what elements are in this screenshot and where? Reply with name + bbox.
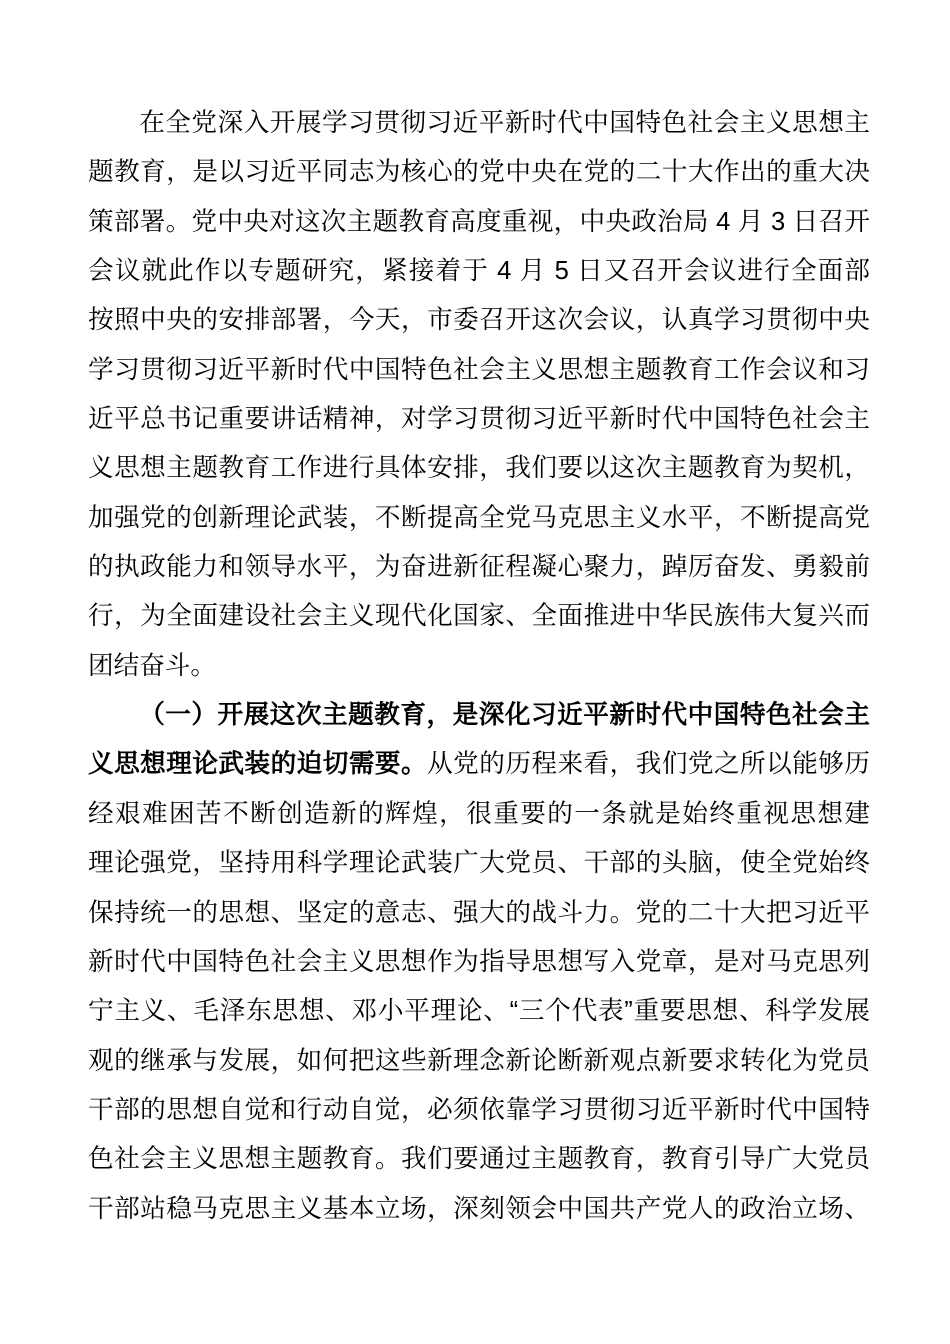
intro-paragraph: 在全党深入开展学习贯彻习近平新时代中国特色社会主义思想主题教育，是以习近平同志为… bbox=[88, 99, 870, 691]
text-line: 干部站稳马克思主义基本立场，深刻领会中国共产党人的政治立场、 bbox=[88, 1185, 870, 1234]
text-line: 学习贯彻习近平新时代中国特色社会主义思想主题教育工作会议和习 bbox=[88, 346, 870, 395]
text-line: 近平总书记重要讲话精神，对学习贯彻习近平新时代中国特色社会主 bbox=[88, 395, 870, 444]
text-segment: 保持统一的思想、坚定的意志、强大的战斗力。党的二十大把习近平 bbox=[88, 899, 870, 927]
text-line: 新时代中国特色社会主义思想作为指导思想写入党章，是对马克思列 bbox=[88, 938, 870, 987]
text-segment: 义思想主题教育工作进行具体安排，我们要以这次主题教育为契机， bbox=[88, 454, 870, 482]
text-segment: 按照中央的安排部署，今天，市委召开这次会议，认真学习贯彻中央 bbox=[88, 306, 870, 334]
text-segment: 宁主义、毛泽东思想、邓小平理论、“三个代表”重要思想、科学发展 bbox=[88, 997, 870, 1025]
text-segment: 题教育，是以习近平同志为核心的党中央在党的二十大作出的重大决 bbox=[88, 158, 870, 186]
text-line: 观的继承与发展，如何把这些新理念新论断新观点新要求转化为党员 bbox=[88, 1037, 870, 1086]
text-segment: 的执政能力和领导水平，为奋进新征程凝心聚力，踔厉奋发、勇毅前 bbox=[88, 553, 870, 581]
text-segment: 观的继承与发展，如何把这些新理念新论断新观点新要求转化为党员 bbox=[88, 1047, 870, 1075]
document-page: 在全党深入开展学习贯彻习近平新时代中国特色社会主义思想主题教育，是以习近平同志为… bbox=[0, 0, 950, 1344]
document-body: 在全党深入开展学习贯彻习近平新时代中国特色社会主义思想主题教育，是以习近平同志为… bbox=[88, 99, 870, 1234]
text-line: 义思想主题教育工作进行具体安排，我们要以这次主题教育为契机， bbox=[88, 444, 870, 493]
text-line: 宁主义、毛泽东思想、邓小平理论、“三个代表”重要思想、科学发展 bbox=[88, 987, 870, 1036]
text-segment: 团结奋斗。 bbox=[88, 652, 216, 680]
text-segment: 从党的历程来看，我们党之所以能够历 bbox=[427, 750, 870, 778]
text-line: 义思想理论武装的迫切需要。从党的历程来看，我们党之所以能够历 bbox=[88, 740, 870, 789]
text-segment: 行，为全面建设社会主义现代化国家、全面推进中华民族伟大复兴而 bbox=[88, 602, 870, 630]
text-segment: 策部署。党中央对这次主题教育高度重视，中央政治局 4 月 3 日召开 bbox=[88, 208, 870, 236]
text-line: 保持统一的思想、坚定的意志、强大的战斗力。党的二十大把习近平 bbox=[88, 889, 870, 938]
text-segment: 加强党的创新理论武装，不断提高全党马克思主义水平，不断提高党 bbox=[88, 504, 870, 532]
text-line: 加强党的创新理论武装，不断提高全党马克思主义水平，不断提高党 bbox=[88, 494, 870, 543]
text-segment: 理论强党，坚持用科学理论武装广大党员、干部的头脑，使全党始终 bbox=[88, 849, 870, 877]
text-segment: 学习贯彻习近平新时代中国特色社会主义思想主题教育工作会议和习 bbox=[88, 356, 870, 384]
text-line: 在全党深入开展学习贯彻习近平新时代中国特色社会主义思想主 bbox=[88, 99, 870, 148]
text-line: 策部署。党中央对这次主题教育高度重视，中央政治局 4 月 3 日召开 bbox=[88, 198, 870, 247]
text-line: 经艰难困苦不断创造新的辉煌，很重要的一条就是始终重视思想建党、 bbox=[88, 790, 870, 839]
section-one-paragraph: （一）开展这次主题教育，是深化习近平新时代中国特色社会主义思想理论武装的迫切需要… bbox=[88, 691, 870, 1234]
text-segment: 会议就此作以专题研究，紧接着于 4 月 5 日又召开会议进行全面部署。 bbox=[88, 257, 870, 296]
text-segment: 经艰难困苦不断创造新的辉煌，很重要的一条就是始终重视思想建党、 bbox=[88, 800, 870, 839]
text-line: 题教育，是以习近平同志为核心的党中央在党的二十大作出的重大决 bbox=[88, 148, 870, 197]
text-segment: 色社会主义思想主题教育。我们要通过主题教育，教育引导广大党员 bbox=[88, 1145, 870, 1173]
bold-text-segment: 义思想理论武装的迫切需要。 bbox=[88, 750, 427, 778]
text-line: 按照中央的安排部署，今天，市委召开这次会议，认真学习贯彻中央 bbox=[88, 296, 870, 345]
text-segment: 干部站稳马克思主义基本立场，深刻领会中国共产党人的政治立场、 bbox=[88, 1195, 870, 1223]
text-line: 理论强党，坚持用科学理论武装广大党员、干部的头脑，使全党始终 bbox=[88, 839, 870, 888]
text-line: 会议就此作以专题研究，紧接着于 4 月 5 日又召开会议进行全面部署。 bbox=[88, 247, 870, 296]
text-line: 团结奋斗。 bbox=[88, 642, 870, 691]
text-segment: 在全党深入开展学习贯彻习近平新时代中国特色社会主义思想主 bbox=[139, 109, 870, 137]
text-segment: 干部的思想自觉和行动自觉，必须依靠学习贯彻习近平新时代中国特 bbox=[88, 1096, 870, 1124]
text-line: 干部的思想自觉和行动自觉，必须依靠学习贯彻习近平新时代中国特 bbox=[88, 1086, 870, 1135]
bold-text-segment: （一）开展这次主题教育，是深化习近平新时代中国特色社会主 bbox=[139, 701, 870, 729]
text-line: 的执政能力和领导水平，为奋进新征程凝心聚力，踔厉奋发、勇毅前 bbox=[88, 543, 870, 592]
text-segment: 新时代中国特色社会主义思想作为指导思想写入党章，是对马克思列 bbox=[88, 948, 870, 976]
text-line: （一）开展这次主题教育，是深化习近平新时代中国特色社会主 bbox=[88, 691, 870, 740]
text-segment: 近平总书记重要讲话精神，对学习贯彻习近平新时代中国特色社会主 bbox=[88, 405, 870, 433]
text-line: 色社会主义思想主题教育。我们要通过主题教育，教育引导广大党员 bbox=[88, 1135, 870, 1184]
text-line: 行，为全面建设社会主义现代化国家、全面推进中华民族伟大复兴而 bbox=[88, 592, 870, 641]
